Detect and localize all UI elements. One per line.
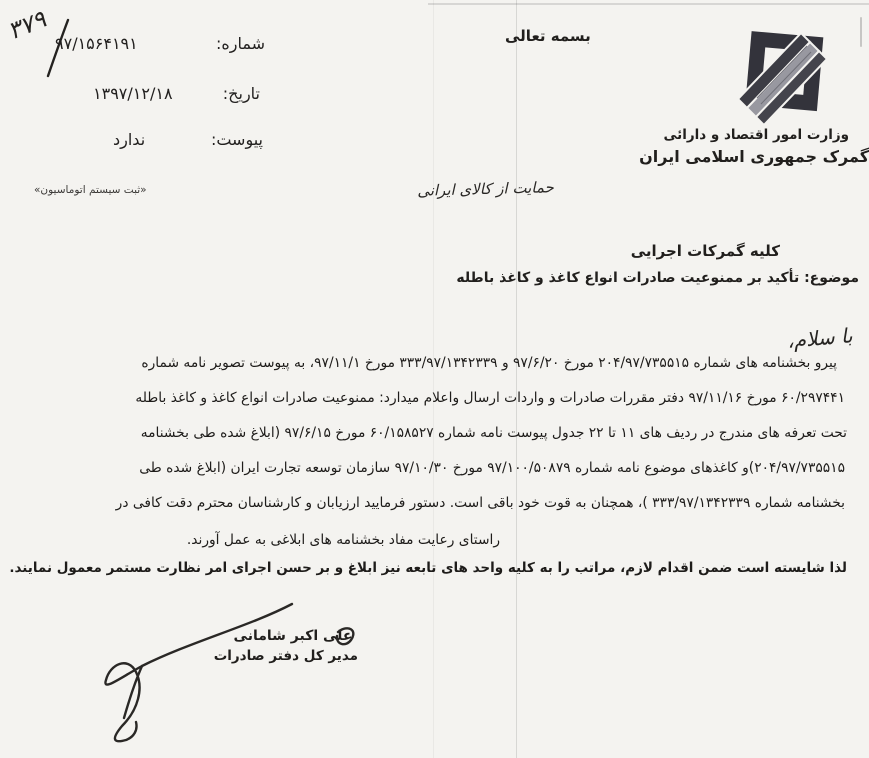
salutation: با سلام،	[787, 323, 854, 353]
body-line-6: راستای رعایت مفاد بخشنامه های ابلاغی به …	[187, 532, 500, 548]
year-slogan: حمایت از کالای ایرانی	[408, 178, 563, 200]
fold-line-faint	[433, 0, 434, 758]
body-line-7: لذا شایسته است ضمن اقدام لازم، مراتب را …	[9, 560, 847, 576]
letter-date-value: ۱۳۹۷/۱۲/۱۸	[93, 84, 173, 103]
body-line-5: بخشنامه شماره ۳۳۳/۹۷/۱۳۴۲۳۳۹ )، همچنان ب…	[116, 495, 845, 511]
subject-line: موضوع: تأکید بر ممنوعیت صادرات انواع کاغ…	[456, 270, 859, 286]
attachment-label: پیوست:	[211, 130, 263, 149]
letter-number-value: ۹۷/۱۵۶۴۱۹۱	[55, 34, 138, 53]
recipient-line: کلیه گمرکات اجرایی	[631, 242, 780, 260]
letter-number-label: شماره:	[216, 34, 265, 53]
scan-streak	[428, 3, 869, 5]
body-line-2: ۶۰/۲۹۷۴۴۱ مورخ ۹۷/۱۱/۱۶ دفتر مقررات صادر…	[135, 390, 845, 406]
letter-date-label: تاریخ:	[223, 84, 260, 103]
automation-note: «ثبت سیستم اتوماسیون»	[34, 184, 147, 196]
ministry-title: وزارت امور اقتصاد و دارائی	[664, 127, 850, 143]
body-line-4: ۲۰۴/۹۷/۷۳۵۵۱۵)و کاغذهای موضوع نامه شماره…	[139, 460, 845, 476]
organization-title: گمرک جمهوری اسلامی ایران	[639, 147, 869, 166]
handwritten-ref-text: ۳۷۹	[4, 5, 51, 46]
customs-logo-icon	[735, 24, 831, 126]
attachment-row: پیوست: ندارد	[113, 130, 263, 149]
bismillah: بسمه تعالی	[505, 27, 591, 45]
letter-date-row: تاریخ: ۱۳۹۷/۱۲/۱۸	[93, 84, 260, 103]
attachment-value: ندارد	[113, 130, 145, 149]
scan-edge-mark	[860, 17, 862, 47]
fold-line	[516, 0, 517, 758]
handwritten-signature	[80, 592, 380, 754]
body-line-3: تحت تعرفه های مندرج در ردیف های ۱۱ تا ۲۲…	[141, 425, 847, 441]
body-line-1: پیرو بخشنامه های شماره ۲۰۴/۹۷/۷۳۵۵۱۵ مور…	[141, 355, 837, 371]
scanned-letter-page: ۳۷۹ شماره: ۹۷/۱۵۶۴۱۹۱ تاریخ: ۱۳۹۷/۱۲/۱۸ …	[0, 0, 869, 758]
letter-number-row: شماره: ۹۷/۱۵۶۴۱۹۱	[55, 34, 265, 53]
